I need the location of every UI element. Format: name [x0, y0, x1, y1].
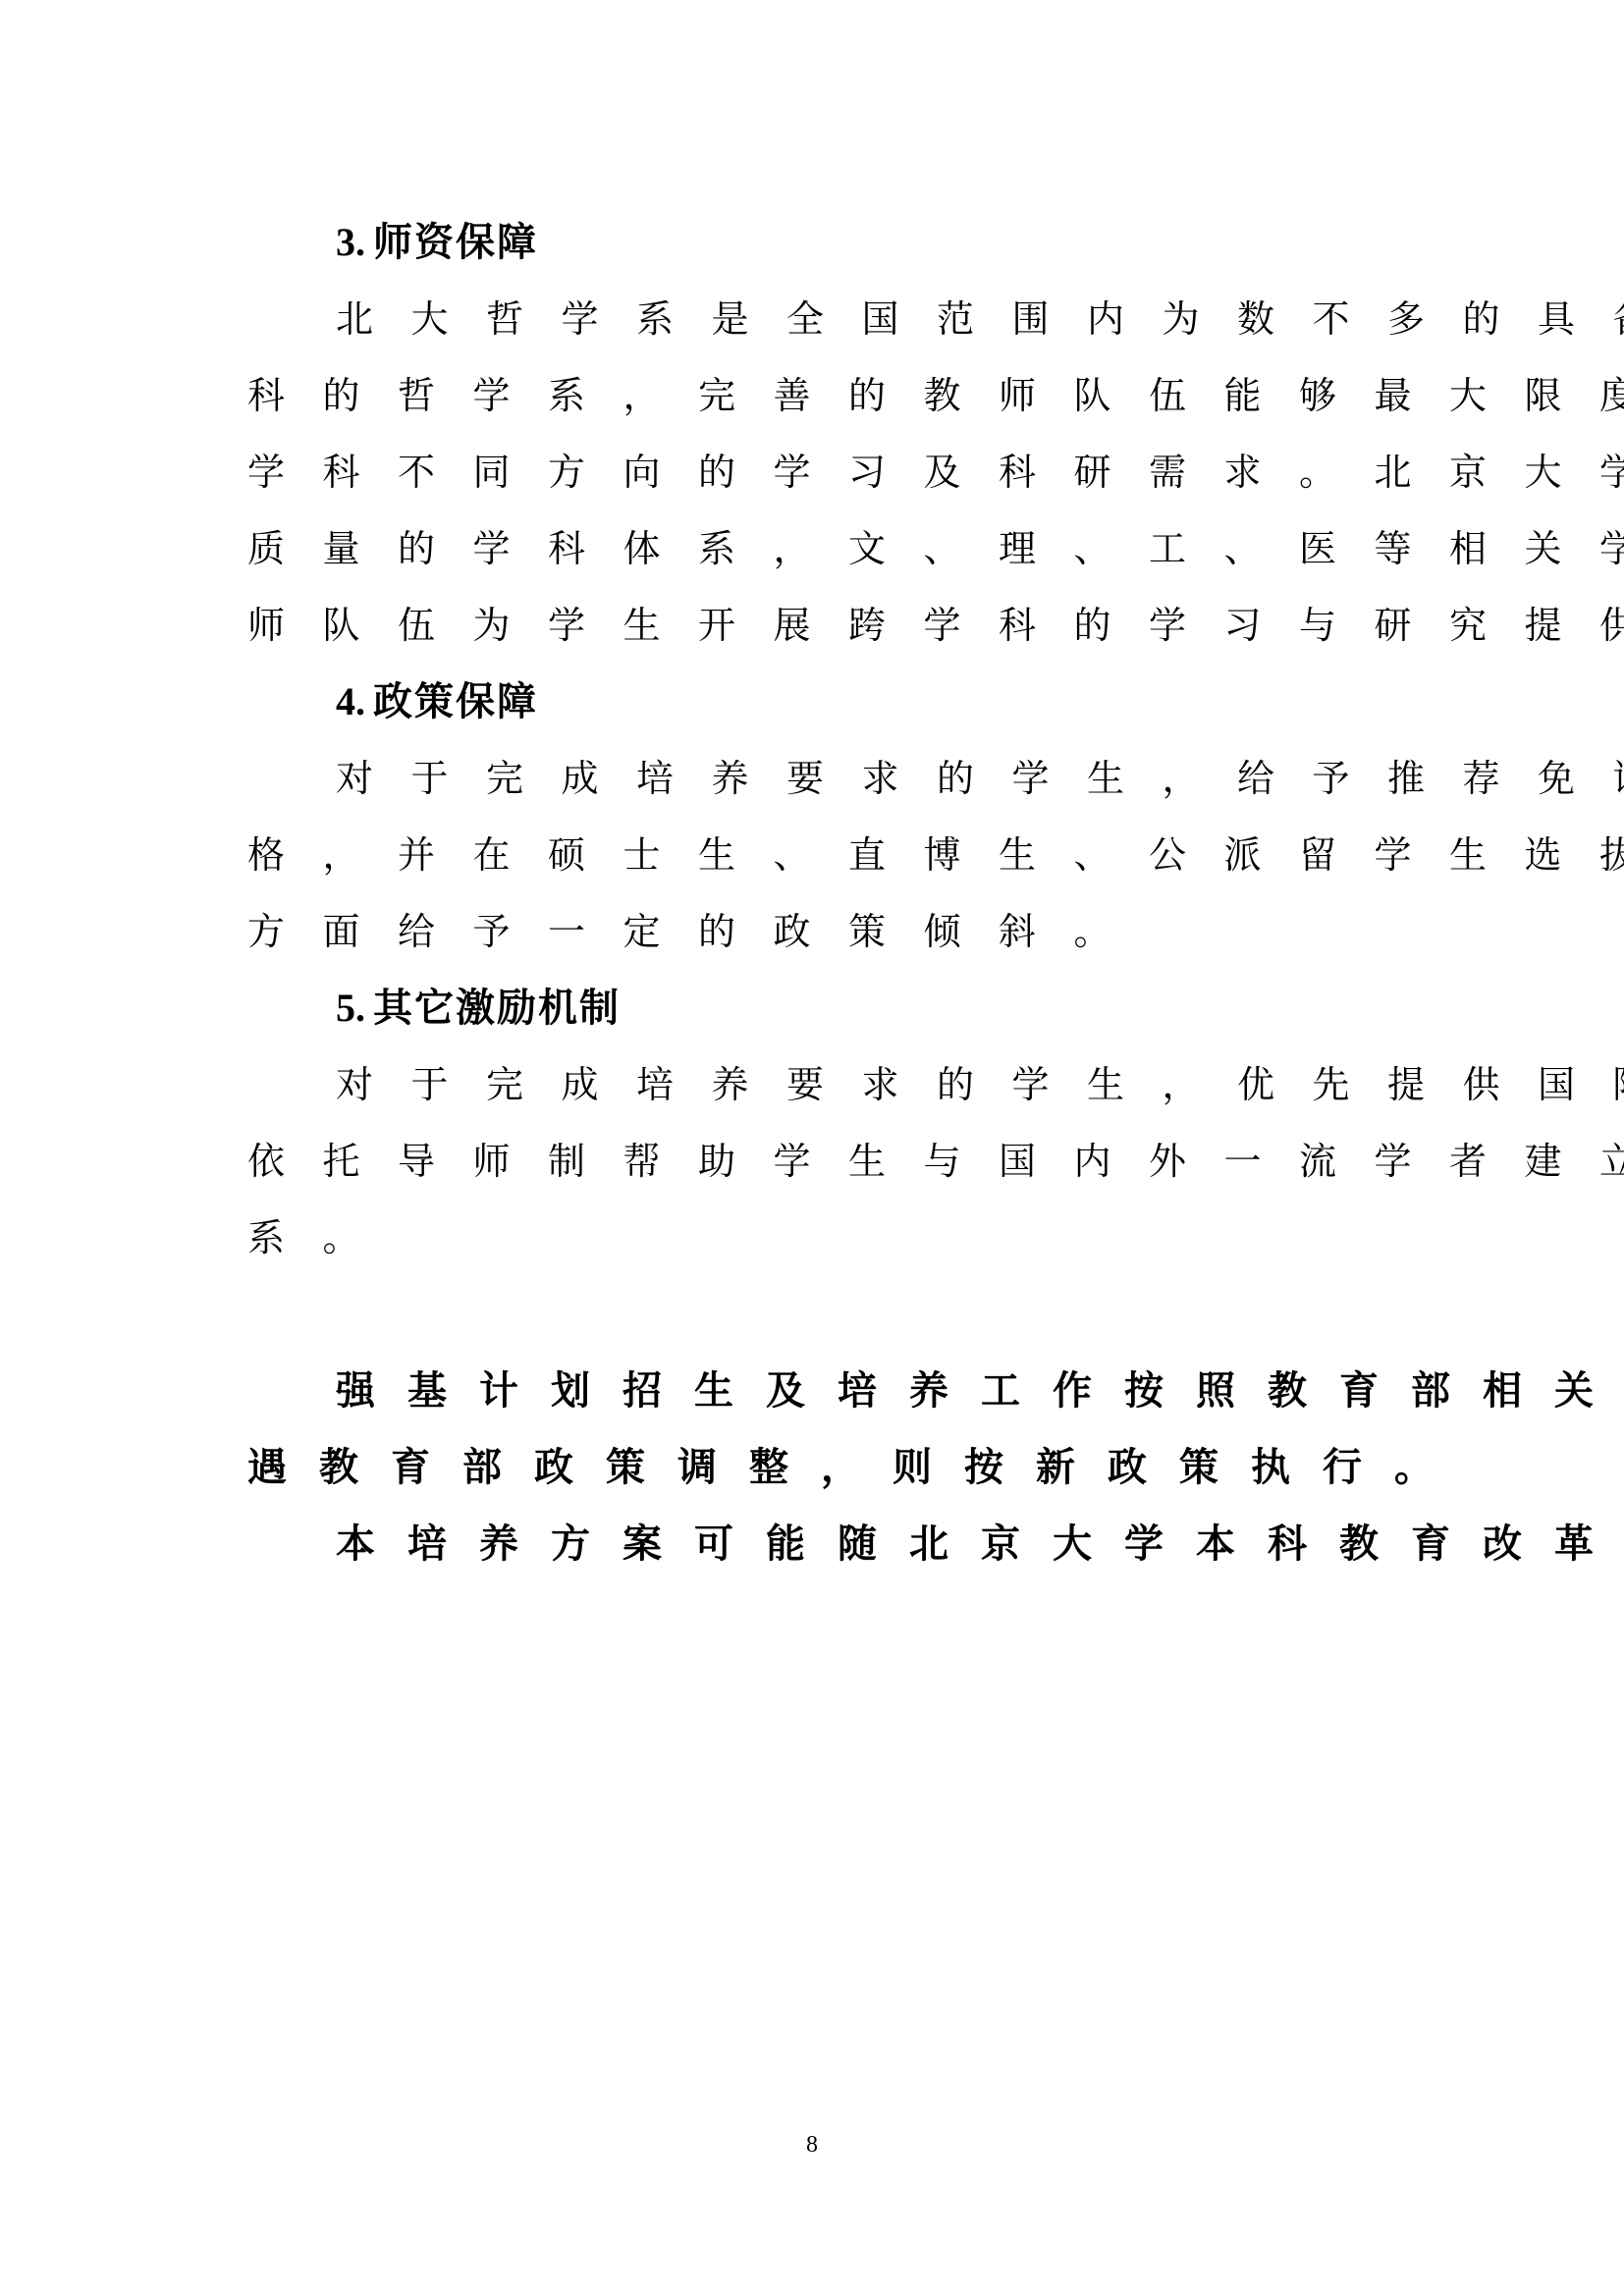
- paragraph-line: 系。: [247, 1200, 1386, 1276]
- section-number: 4.: [336, 679, 365, 723]
- section-title: 政策保障: [373, 679, 538, 724]
- document-page: 3.师资保障 北大哲学系是全国范围内为数不多的具备全部二级学 科的哲学系，完善的…: [0, 0, 1624, 2296]
- section-title: 其它激励机制: [373, 986, 621, 1031]
- paragraph-line: 对于完成培养要求的学生，优先提供国际学术交流机会，: [336, 1046, 1475, 1123]
- section-heading-3: 3.师资保障: [336, 204, 1475, 281]
- paragraph-line: 师队伍为学生开展跨学科的学习与研究提供了优质条件。: [247, 587, 1386, 664]
- paragraph-line: 科的哲学系，完善的教师队伍能够最大限度满足学生对哲学: [247, 357, 1386, 434]
- paragraph-line: 学科不同方向的学习及科研需求。北京大学具备整全的、高: [247, 434, 1386, 510]
- paragraph-line: 质量的学科体系，文、理、工、医等相关学科专业的一流教: [247, 510, 1386, 587]
- paragraph-line: 对于完成培养要求的学生，给予推荐免试攻读研究生资: [336, 740, 1475, 817]
- page-number: 8: [0, 2132, 1624, 2159]
- paragraph-line: 格，并在硕士生、直博生、公派留学生选拔及奖学金评定等: [247, 817, 1386, 893]
- section-number: 3.: [336, 220, 365, 264]
- section-heading-5: 5.其它激励机制: [336, 970, 1475, 1046]
- section-heading-4: 4.政策保障: [336, 664, 1475, 740]
- paragraph-line: 依托导师制帮助学生与国内外一流学者建立广泛的学术联: [247, 1123, 1386, 1200]
- closing-note-line: 本培养方案可能随北京大学本科教育改革有所调整。: [336, 1506, 1475, 1582]
- closing-note-line: 强基计划招生及培养工作按照教育部相关政策执行。若: [336, 1353, 1475, 1429]
- closing-note-line: 遇教育部政策调整，则按新政策执行。: [247, 1429, 1386, 1506]
- section-title: 师资保障: [373, 220, 538, 265]
- paragraph-line: 方面给予一定的政策倾斜。: [247, 893, 1386, 970]
- paragraph-line: 北大哲学系是全国范围内为数不多的具备全部二级学: [336, 281, 1475, 357]
- section-number: 5.: [336, 986, 365, 1030]
